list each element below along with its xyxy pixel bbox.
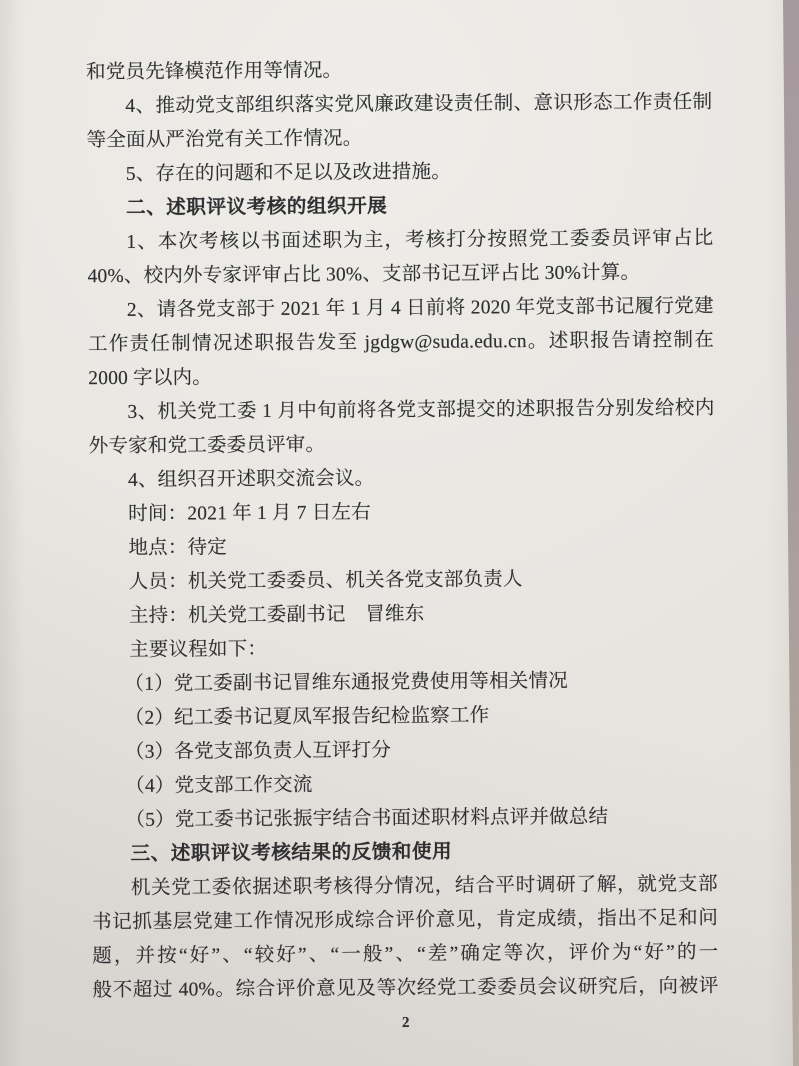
section-heading: 二、述职评议考核的组织开展 [87,188,713,226]
text-line: 般不超过 40%。综合评价意见及等次经党工委委员会议研究后，向被评 [92,970,718,1008]
meeting-time-line: 时间：2021 年 1 月 7 日左右 [89,494,715,532]
agenda-item: （4）党支部工作交流 [91,766,717,804]
agenda-item: （2）纪工委书记夏凤军报告纪检监察工作 [91,698,717,736]
document-text: 和党员先锋模范作用等情况。 4、推动党支部组织落实党风廉政建设责任制、意识形态工… [86,52,719,1042]
photo-background: 和党员先锋模范作用等情况。 4、推动党支部组织落实党风廉政建设责任制、意识形态工… [0,0,799,1066]
text-line: 2000 字以内。 [88,358,714,396]
text-line: 1、本次考核以书面述职为主，考核打分按照党工委委员评审占比 [87,222,713,260]
text-line: 工作责任制情况述职报告发至 jgdgw@suda.edu.cn。述职报告请控制在 [88,324,714,362]
text-line: 外专家和党工委委员评审。 [89,426,715,464]
page-number: 2 [93,1004,719,1042]
text-line: 40%、校内外专家评审占比 30%、支部书记互评占比 30%计算。 [87,256,713,294]
agenda-item: （1）党工委副书记冒维东通报党费使用等相关情况 [90,664,716,702]
paper-sheet: 和党员先锋模范作用等情况。 4、推动党支部组织落实党风廉政建设责任制、意识形态工… [0,0,799,1066]
text-line: 题，并按“好”、“较好”、“一般”、“差”确定等次，评价为“好”的一 [92,936,718,974]
text-line: 5、存在的问题和不足以及改进措施。 [87,154,713,192]
text-line: 4、组织召开述职交流会议。 [89,460,715,498]
meeting-place-line: 地点：待定 [89,528,715,566]
agenda-item: （3）各党支部负责人互评打分 [91,732,717,770]
text-line: 机关党工委依据述职考核得分情况，结合平时调研了解，就党支部 [92,868,718,906]
text-line: 3、机关党工委 1 月中旬前将各党支部提交的述职报告分别发给校内 [88,392,714,430]
text-line: 2、请各党支部于 2021 年 1 月 4 日前将 2020 年党支部书记履行党… [88,290,714,328]
agenda-item: （5）党工委书记张振宇结合书面述职材料点评并做总结 [91,800,717,838]
text-line: 书记抓基层党建工作情况形成综合评价意见，肯定成绩，指出不足和问 [92,902,718,940]
text-line: 等全面从严治党有关工作情况。 [86,120,712,158]
meeting-host-line: 主持：机关党工委副书记 冒维东 [90,596,716,634]
section-heading: 三、述职评议考核结果的反馈和使用 [91,834,717,872]
meeting-attendees-line: 人员：机关党工委委员、机关各党支部负责人 [90,562,716,600]
text-line: 和党员先锋模范作用等情况。 [86,52,712,90]
text-line: 主要议程如下： [90,630,716,668]
text-line: 4、推动党支部组织落实党风廉政建设责任制、意识形态工作责任制 [86,86,712,124]
